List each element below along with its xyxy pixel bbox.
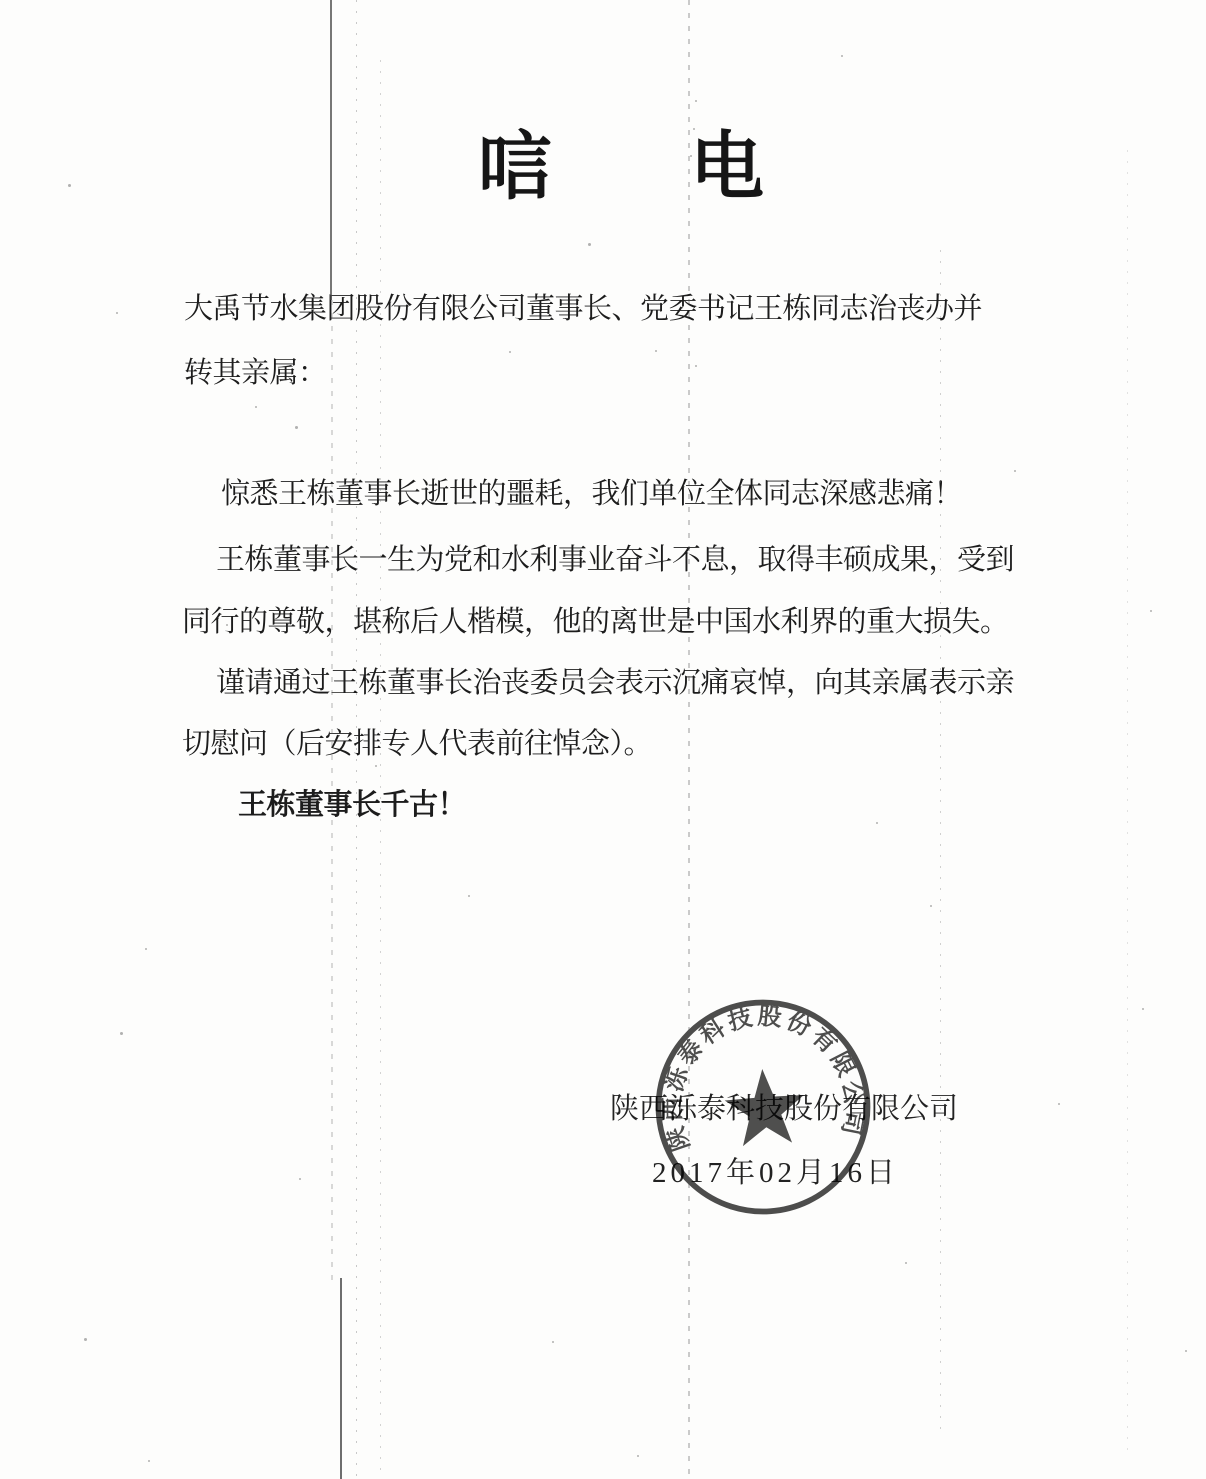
scan-artifact-line bbox=[340, 1278, 342, 1479]
dust-speck bbox=[588, 243, 591, 246]
dust-speck bbox=[930, 905, 932, 907]
dust-speck bbox=[693, 128, 695, 130]
dust-speck bbox=[695, 100, 697, 102]
dust-speck bbox=[255, 406, 257, 408]
scanned-letter-page: 唁电 大禹节水集团股份有限公司董事长、党委书记王栋同志治丧办并 转其亲属： 惊悉… bbox=[0, 0, 1206, 1479]
dust-speck bbox=[84, 1338, 87, 1341]
closing-line: 王栋董事长千古！ bbox=[238, 782, 466, 823]
dust-speck bbox=[1014, 470, 1016, 472]
dust-speck bbox=[637, 1455, 639, 1457]
dust-speck bbox=[68, 184, 71, 187]
scan-artifact-line bbox=[330, 0, 332, 300]
dust-speck bbox=[295, 426, 298, 429]
dust-speck bbox=[509, 351, 511, 353]
scan-artifact-line bbox=[688, 0, 690, 1479]
letter-title: 唁电 bbox=[478, 108, 902, 214]
dust-speck bbox=[690, 155, 692, 157]
dust-speck bbox=[120, 1032, 123, 1035]
dust-speck bbox=[655, 350, 657, 352]
dust-speck bbox=[1150, 610, 1152, 612]
dust-speck bbox=[468, 895, 470, 897]
addressee-line-1: 大禹节水集团股份有限公司董事长、党委书记王栋同志治丧办并 bbox=[184, 286, 982, 327]
dust-speck bbox=[1185, 1350, 1187, 1352]
dust-speck bbox=[1058, 1103, 1060, 1105]
dust-speck bbox=[695, 365, 697, 367]
dust-speck bbox=[1142, 1008, 1144, 1010]
dust-speck bbox=[552, 1341, 554, 1343]
dust-speck bbox=[299, 1178, 301, 1180]
dust-speck bbox=[905, 1262, 907, 1264]
dust-speck bbox=[375, 765, 377, 767]
body-line: 切慰问（后安排专人代表前往悼念）。 bbox=[182, 721, 652, 762]
scan-artifact-line bbox=[380, 60, 381, 1479]
company-seal-stamp: 陕西泺泰科技股份有限公司 bbox=[641, 985, 884, 1228]
dust-speck bbox=[145, 948, 147, 950]
body-line: 同行的尊敬，堪称后人楷模，他的离世是中国水利界的重大损失。 bbox=[182, 599, 1009, 640]
dust-speck bbox=[148, 1460, 150, 1462]
body-line: 谨请通过王栋董事长治丧委员会表示沉痛哀悼，向其亲属表示亲 bbox=[216, 660, 1014, 701]
dust-speck bbox=[841, 55, 843, 57]
scan-artifact-line bbox=[940, 250, 941, 1430]
addressee-line-2: 转其亲属： bbox=[184, 350, 327, 391]
star-icon bbox=[723, 1066, 808, 1147]
dust-speck bbox=[876, 822, 878, 824]
dust-speck bbox=[116, 312, 118, 314]
body-line: 惊悉王栋董事长逝世的噩耗，我们单位全体同志深感悲痛！ bbox=[221, 471, 962, 512]
dust-speck bbox=[226, 624, 228, 626]
body-line: 王栋董事长一生为党和水利事业奋斗不息，取得丰硕成果，受到 bbox=[216, 537, 1014, 578]
scan-artifact-line bbox=[1127, 150, 1128, 1450]
